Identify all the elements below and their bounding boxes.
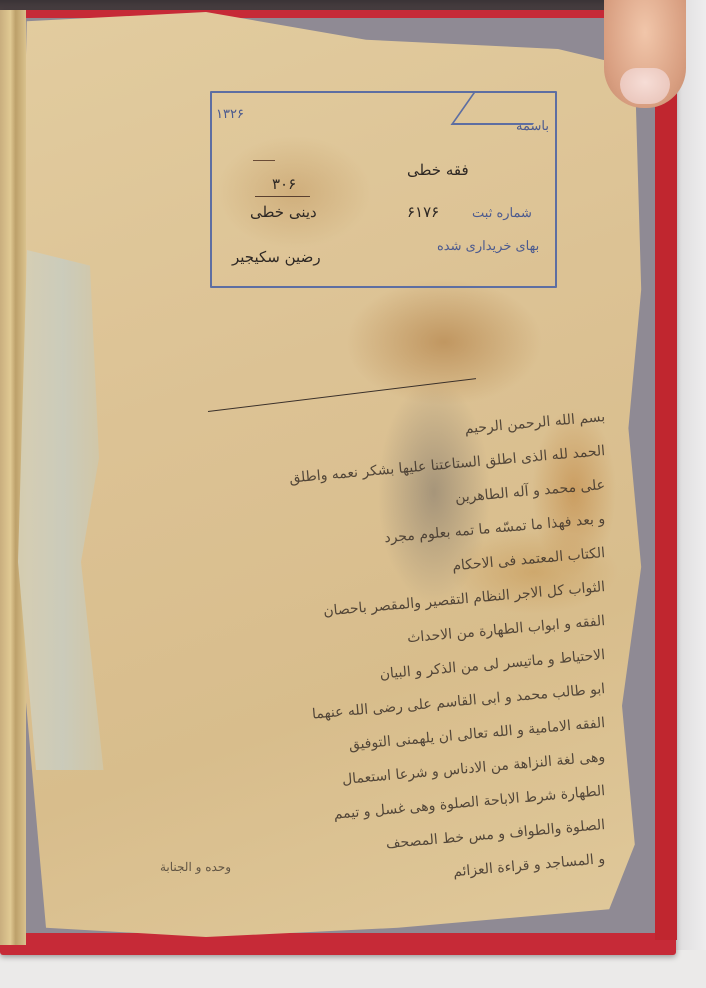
stamp-dash [253,160,275,161]
cover-right-edge [655,60,677,940]
background-surface-bottom [0,950,706,988]
stamp-fraction-line [255,196,310,197]
manuscript-text: بسم الله الرحمن الرحیم الحمد لله الذی اط… [100,400,605,876]
footer-note: وحده و الجنابة [160,860,231,874]
stamp-category: فقه خطی [407,161,469,179]
stamp-registration-label: شماره ثبت [472,206,532,221]
stamp-purchase-note: بهای خریداری شده [437,239,539,254]
library-catalog-stamp: ۱۳۲۶ باسمه فقه خطی ۳۰۶ دینی خطی شماره ثب… [210,91,557,288]
stamp-registration-number: ۶۱۷۶ [407,203,439,221]
stamp-fraction-bottom: دینی خطی [250,203,317,221]
stamp-header: باسمه [516,119,549,134]
stamp-fraction-top: ۳۰۶ [272,175,296,193]
fingernail [620,68,670,104]
stamp-signature: رضین سکیجیر [232,248,321,266]
stamp-date: ۱۳۲۶ [216,107,244,122]
